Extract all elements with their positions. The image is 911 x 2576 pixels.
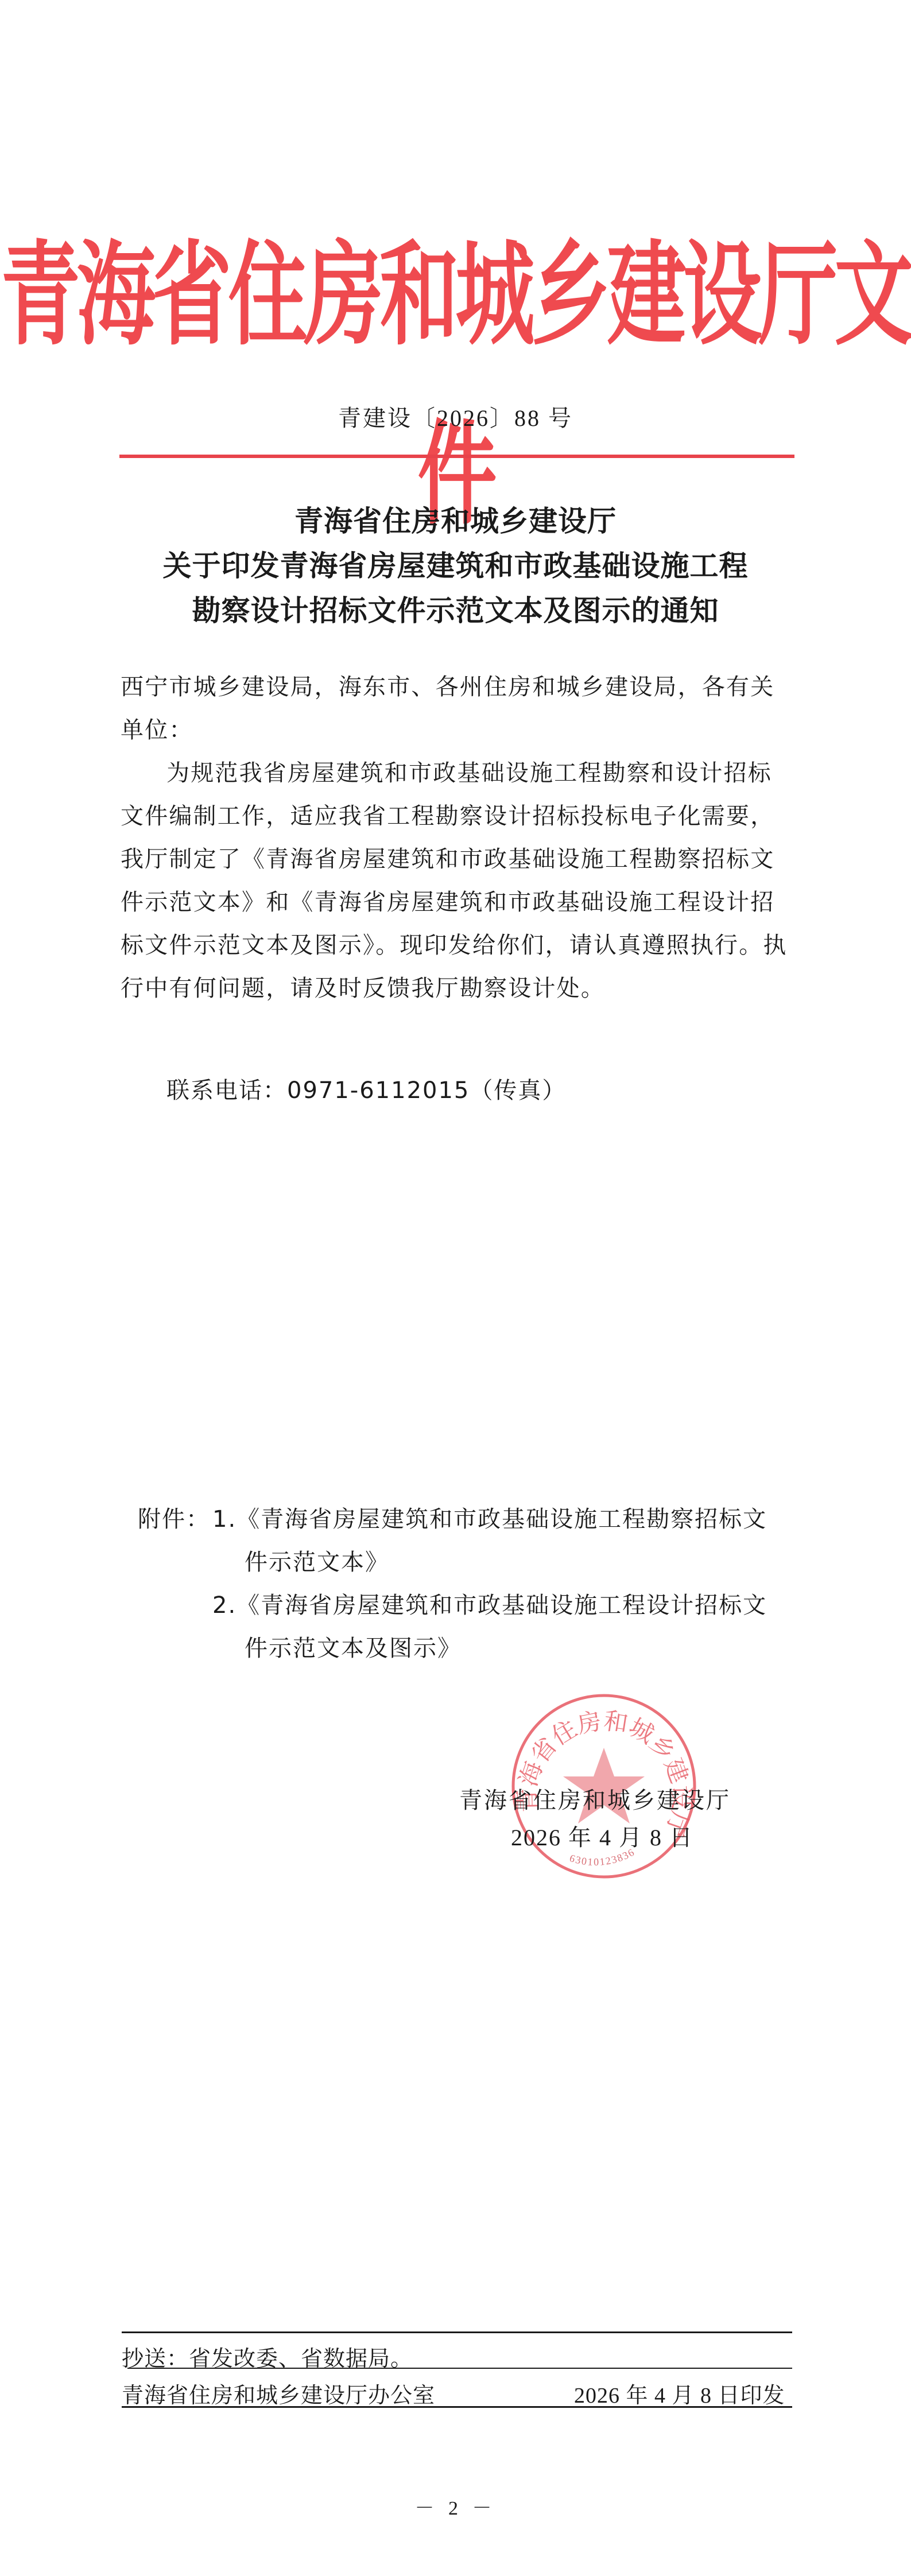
attachments-label: 附件：: [138, 1498, 212, 1584]
print-date: 2026 年 4 月 8 日印发: [574, 2377, 785, 2409]
issue-date: 2026 年 4 月 8 日: [511, 1820, 693, 1852]
footer-rule-top: [122, 2331, 792, 2333]
notice-title-line-2: 关于印发青海省房屋建筑和市政基础设施工程: [0, 543, 911, 584]
notice-title-line-3: 勘察设计招标文件示范文本及图示的通知: [0, 588, 911, 629]
attachment-item-2: 2.《青海省房屋建筑和市政基础设施工程设计招标文 件示范文本及图示》: [212, 1584, 786, 1670]
footer-rule-middle: [127, 2368, 792, 2369]
contact-phone: 联系电话：0971-6112015（传真）: [166, 1072, 566, 1105]
masthead-title: 青海省住房和城乡建设厅文件: [0, 206, 911, 385]
issuing-office: 青海省住房和城乡建设厅办公室: [122, 2377, 435, 2409]
document-body: 西宁市城乡建设局，海东市、各州住房和城乡建设局，各有关单位： 为规范我省房屋建筑…: [121, 666, 792, 1010]
footer-rule-bottom: [122, 2406, 792, 2408]
attachment-2-line-1: 2.《青海省房屋建筑和市政基础设施工程设计招标文: [212, 1584, 786, 1627]
document-number: 青建设〔2026〕88 号: [0, 400, 911, 433]
attachment-2-line-2: 件示范文本及图示》: [212, 1627, 786, 1670]
attachments-list: 附件： 1.《青海省房屋建筑和市政基础设施工程勘察招标文 件示范文本》 2.《青…: [138, 1498, 786, 1670]
attachment-1-line-1: 1.《青海省房屋建筑和市政基础设施工程勘察招标文: [212, 1498, 786, 1541]
addressee: 西宁市城乡建设局，海东市、各州住房和城乡建设局，各有关单位：: [121, 666, 792, 752]
page-number: － 2 －: [0, 2492, 911, 2520]
attachment-item-1: 1.《青海省房屋建筑和市政基础设施工程勘察招标文 件示范文本》: [212, 1498, 786, 1584]
attachments-label-spacer: [138, 1584, 212, 1670]
attachment-1-line-2: 件示范文本》: [212, 1541, 786, 1584]
red-divider-rule: [119, 455, 794, 458]
issuer-signature: 青海省住房和城乡建设厅: [459, 1782, 731, 1815]
notice-title-line-1: 青海省住房和城乡建设厅: [0, 498, 911, 540]
body-paragraph: 为规范我省房屋建筑和市政基础设施工程勘察和设计招标文件编制工作，适应我省工程勘察…: [121, 752, 792, 1010]
